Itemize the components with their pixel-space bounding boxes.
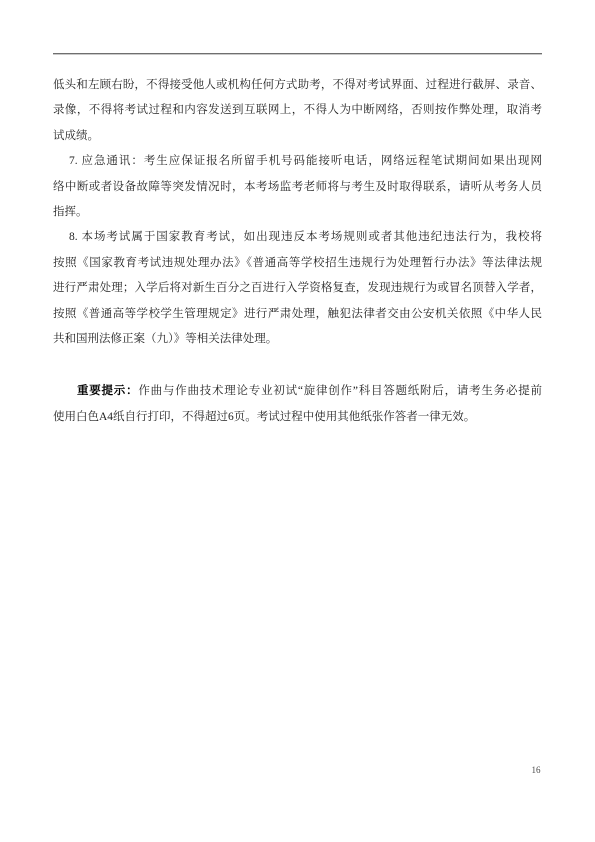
text-line: 7. 应急通讯：考生应保证报名所留手机号码能接听电话，网络远程笔试期间如果出现网 (53, 149, 542, 174)
document-body: 低头和左顾右盼，不得接受他人或机构任何方式助考，不得对考试界面、过程进行截屏、录… (53, 73, 542, 430)
document-page: 低头和左顾右盼，不得接受他人或机构任何方式助考，不得对考试界面、过程进行截屏、录… (0, 0, 595, 842)
text-line: 指挥。 (53, 200, 542, 225)
text-line: 8. 本场考试属于国家教育考试，如出现违反本考场规则或者其他违纪违法行为，我校将 (53, 225, 542, 250)
text-line: 络中断或者设备故障等突发情况时，本考场监考老师将与考生及时取得联系，请听从考务人… (53, 175, 542, 200)
notice-label: 重要提示： (77, 385, 138, 397)
text-line: 按照《国家教育考试违规处理办法》《普通高等学校招生违规行为处理暂行办法》等法律法… (53, 251, 542, 276)
header-rule (53, 53, 542, 54)
text-line: 重要提示：作曲与作曲技术理论专业初试“旋律创作”科目答题纸附后，请考生务必提前 (53, 379, 542, 404)
important-notice: 重要提示：作曲与作曲技术理论专业初试“旋律创作”科目答题纸附后，请考生务必提前 … (53, 379, 542, 430)
text-line: 按照《普通高等学校学生管理规定》进行严肃处理，触犯法律者交由公安机关依照《中华人… (53, 302, 542, 327)
text-line: 低头和左顾右盼，不得接受他人或机构任何方式助考，不得对考试界面、过程进行截屏、录… (53, 73, 542, 98)
text-line: 共和国刑法修正案（九）》等相关法律处理。 (53, 327, 542, 352)
text-line: 录像，不得将考试过程和内容发送到互联网上，不得人为中断网络，否则按作弊处理，取消… (53, 98, 542, 123)
text-line: 试成绩。 (53, 124, 542, 149)
text-line: 进行严肃处理；入学后将对新生百分之百进行入学资格复查，发现违规行为或冒名顶替入学… (53, 276, 542, 301)
text-line: 使用白色A4纸自行打印，不得超过6页。考试过程中使用其他纸张作答者一律无效。 (53, 405, 542, 430)
page-number: 16 (528, 765, 544, 775)
notice-text: 作曲与作曲技术理论专业初试“旋律创作”科目答题纸附后，请考生务必提前 (138, 385, 542, 397)
